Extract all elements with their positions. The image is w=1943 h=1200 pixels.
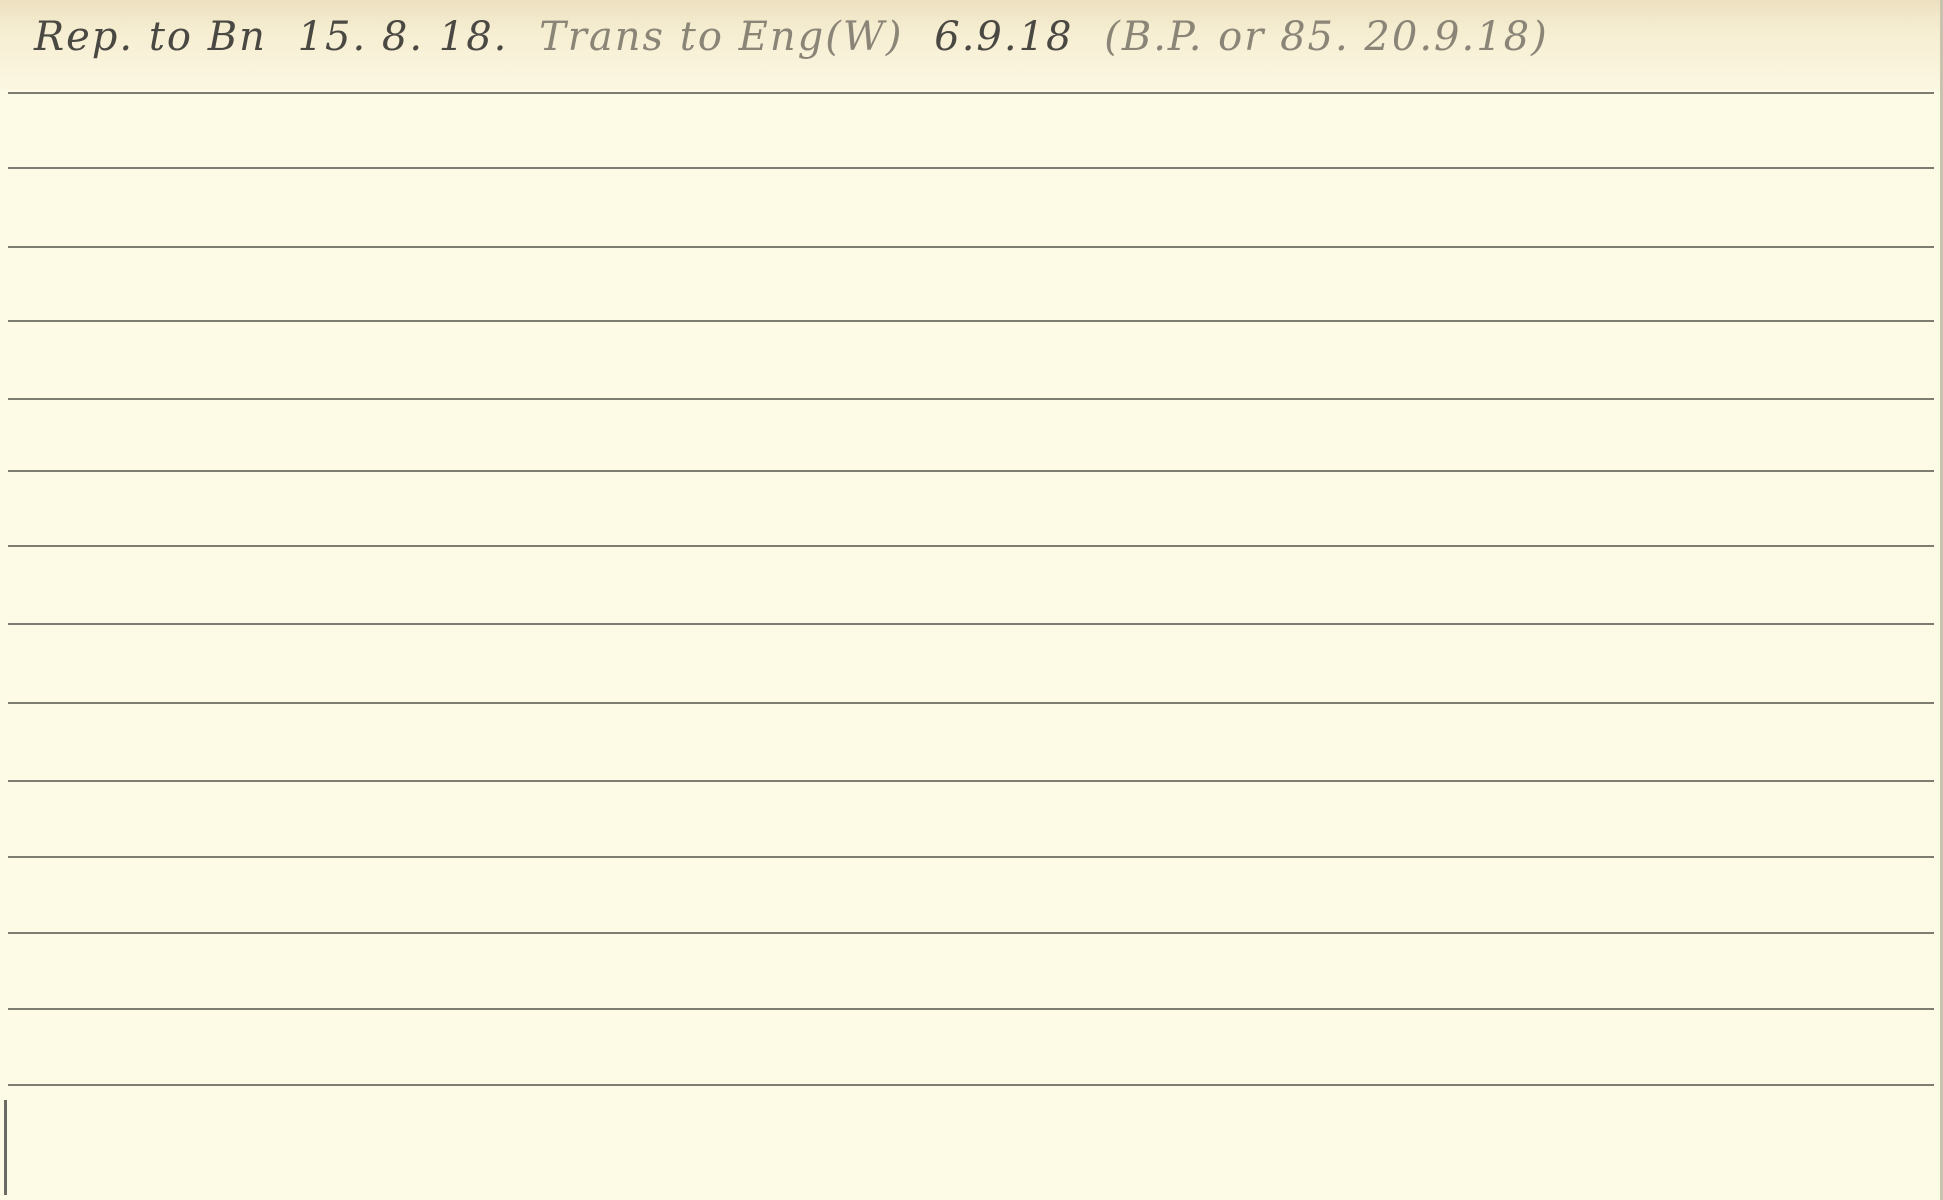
ruled-line [8,398,1934,400]
entry-date-transferred: 6.9.18 [934,14,1073,60]
card-edge-shadow [4,1100,7,1195]
ruled-line [8,545,1934,547]
ruled-line [8,856,1934,858]
entry-reported-to-bn: Rep. to Bn [34,14,267,60]
record-card: Rep. to Bn 15. 8. 18. Trans to Eng(W) 6.… [0,0,1943,1200]
ruled-line [8,470,1934,472]
entry-transferred-to-england: Trans to Eng(W) [539,14,903,60]
ruled-line [8,1084,1934,1086]
ruled-line [8,92,1934,94]
handwritten-entry-line: Rep. to Bn 15. 8. 18. Trans to Eng(W) 6.… [34,14,1565,60]
entry-reference-note: (B.P. or 85. 20.9.18) [1104,14,1548,60]
ruled-line [8,1008,1934,1010]
ruled-line [8,167,1934,169]
entry-date-reported: 15. 8. 18. [298,14,509,60]
ruled-line [8,320,1934,322]
ruled-line [8,246,1934,248]
ruled-line [8,623,1934,625]
ruled-line [8,780,1934,782]
ruled-line [8,702,1934,704]
ruled-line [8,932,1934,934]
